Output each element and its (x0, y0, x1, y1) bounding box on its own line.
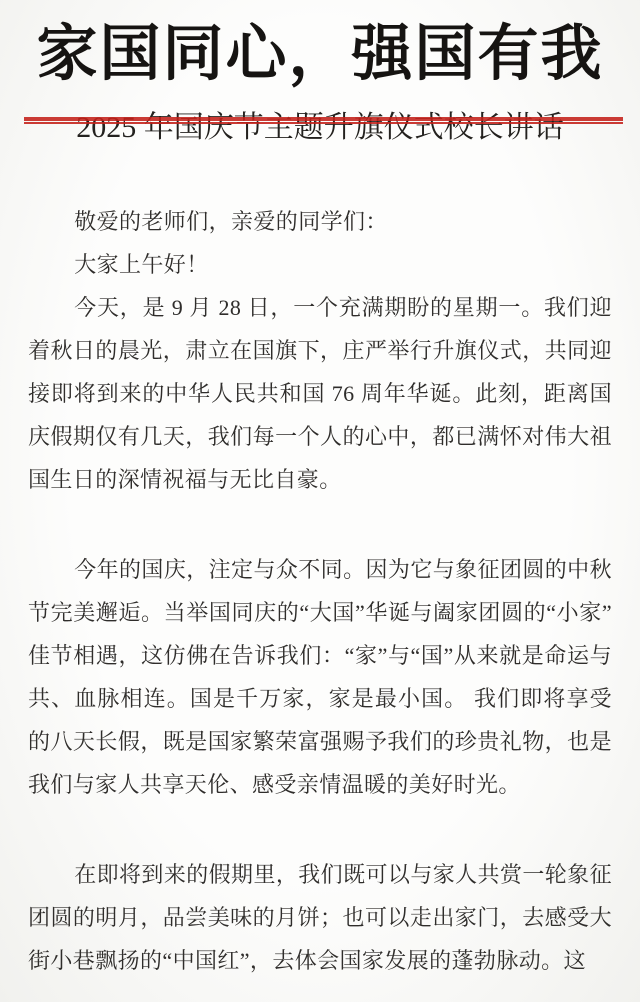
paragraph-national-day: 今年的国庆，注定与众不同。因为它与象征团圆的中秋节完美邂逅。当举国同庆的“大国”… (28, 548, 612, 806)
speech-body: 敬爱的老师们，亲爱的同学们： 大家上午好！ 今天，是 9 月 28 日，一个充满… (28, 200, 612, 982)
greeting-line: 大家上午好！ (28, 243, 612, 286)
speech-document-page: 家国同心，强国有我 2025 年国庆节主题升旗仪式校长讲话 敬爱的老师们，亲爱的… (0, 0, 640, 1002)
paragraph-opening: 今天，是 9 月 28 日，一个充满期盼的星期一。我们迎着秋日的晨光，肃立在国旗… (28, 286, 612, 501)
document-title: 家国同心，强国有我 (28, 12, 612, 98)
subtitle-block: 2025 年国庆节主题升旗仪式校长讲话 (28, 108, 612, 150)
salutation-line: 敬爱的老师们，亲爱的同学们： (28, 200, 612, 243)
paragraph-holiday: 在即将到来的假期里，我们既可以与家人共赏一轮象征团圆的明月，品尝美味的月饼；也可… (28, 853, 612, 982)
document-subtitle: 2025 年国庆节主题升旗仪式校长讲话 (28, 108, 612, 148)
